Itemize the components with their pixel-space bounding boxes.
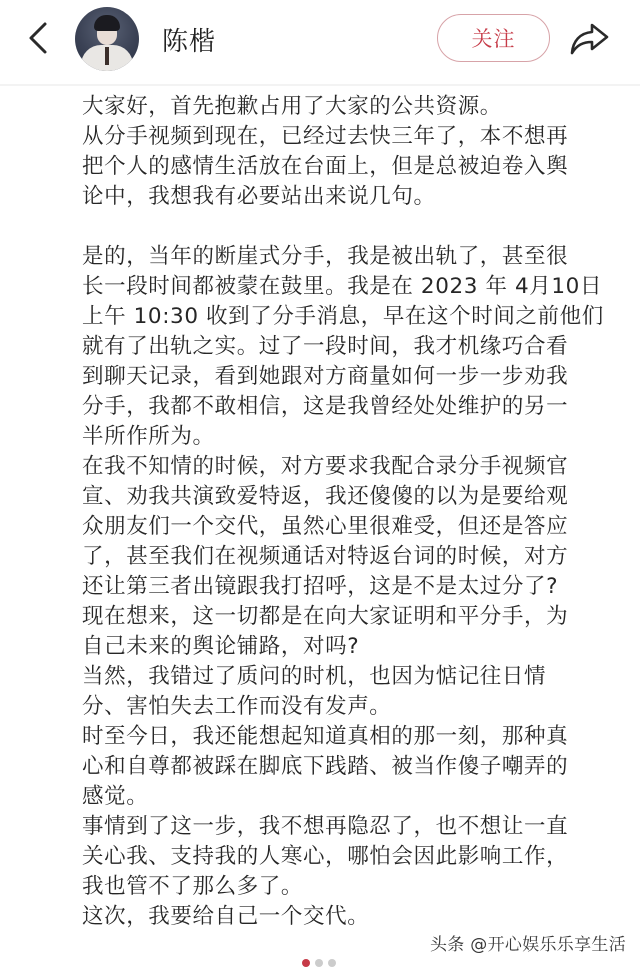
chevron-left-icon xyxy=(26,21,50,55)
post-line: 我也管不了那么多了。 xyxy=(82,872,582,902)
post-line: 时至今日，我还能想起知道真相的那一刻，那种真 xyxy=(82,722,582,752)
post-line: 当然，我错过了质问的时机，也因为惦记往日情 xyxy=(82,662,582,692)
post-line: 自己未来的舆论铺路，对吗? xyxy=(82,632,582,662)
back-button[interactable] xyxy=(18,16,58,60)
post-line: 论中，我想我有必要站出来说几句。 xyxy=(82,182,582,212)
avatar[interactable] xyxy=(75,7,139,71)
post-line: 这次，我要给自己一个交代。 xyxy=(82,902,582,932)
image-pagination xyxy=(302,959,336,967)
username[interactable]: 陈楷 xyxy=(162,21,216,58)
post-line: 到聊天记录，看到她跟对方商量如何一步一步劝我 xyxy=(82,362,582,392)
avatar-tie xyxy=(105,47,109,65)
post-line: 宣、劝我共演致爱特返，我还傻傻的以为是要给观 xyxy=(82,482,582,512)
watermark: 头条 @开心娱乐乐享生活 xyxy=(430,930,626,955)
post-line: 众朋友们一个交代，虽然心里很难受，但还是答应 xyxy=(82,512,582,542)
post-line: 事情到了这一步，我不想再隐忍了，也不想让一直 xyxy=(82,812,582,842)
post-line: 感觉。 xyxy=(82,782,582,812)
post-line: 在我不知情的时候，对方要求我配合录分手视频官 xyxy=(82,452,582,482)
post-line: 把个人的感情生活放在台面上，但是总被迫卷入舆 xyxy=(82,152,582,182)
share-button[interactable] xyxy=(565,18,613,60)
follow-button[interactable]: 关注 xyxy=(437,14,550,62)
post-line: 就有了出轨之实。过了一段时间，我才机缘巧合看 xyxy=(82,332,582,362)
post-line: 分、害怕失去工作而没有发声。 xyxy=(82,692,582,722)
pagination-dot-2[interactable] xyxy=(315,959,323,967)
post-line: 分手，我都不敢相信，这是我曾经处处维护的另一 xyxy=(82,392,582,422)
post-line: 上午 10:30 收到了分手消息，早在这个时间之前他们 xyxy=(82,302,582,332)
post-line: 大家好，首先抱歉占用了大家的公共资源。 xyxy=(82,92,582,122)
pagination-dot-1[interactable] xyxy=(302,959,310,967)
post-line: 现在想来，这一切都是在向大家证明和平分手，为 xyxy=(82,602,582,632)
post-line: 了，甚至我们在视频通话对特返台词的时候，对方 xyxy=(82,542,582,572)
post-header: 陈楷 关注 xyxy=(0,0,640,86)
post-line: 长一段时间都被蒙在鼓里。我是在 2023 年 4月10日 xyxy=(82,272,582,302)
paragraph-gap xyxy=(82,212,582,242)
post-line: 还让第三者出镜跟我打招呼，这是不是太过分了? xyxy=(82,572,582,602)
post-body: 大家好，首先抱歉占用了大家的公共资源。 从分手视频到现在，已经过去快三年了，本不… xyxy=(82,92,582,932)
pagination-dot-3[interactable] xyxy=(328,959,336,967)
share-arrow-icon xyxy=(568,21,610,57)
avatar-hair xyxy=(94,15,120,31)
post-line: 心和自尊都被踩在脚底下践踏、被当作傻子嘲弄的 xyxy=(82,752,582,782)
post-line: 从分手视频到现在，已经过去快三年了，本不想再 xyxy=(82,122,582,152)
post-line: 是的，当年的断崖式分手，我是被出轨了，甚至很 xyxy=(82,242,582,272)
post-line: 关心我、支持我的人寒心，哪怕会因此影响工作， xyxy=(82,842,582,872)
post-line: 半所作所为。 xyxy=(82,422,582,452)
